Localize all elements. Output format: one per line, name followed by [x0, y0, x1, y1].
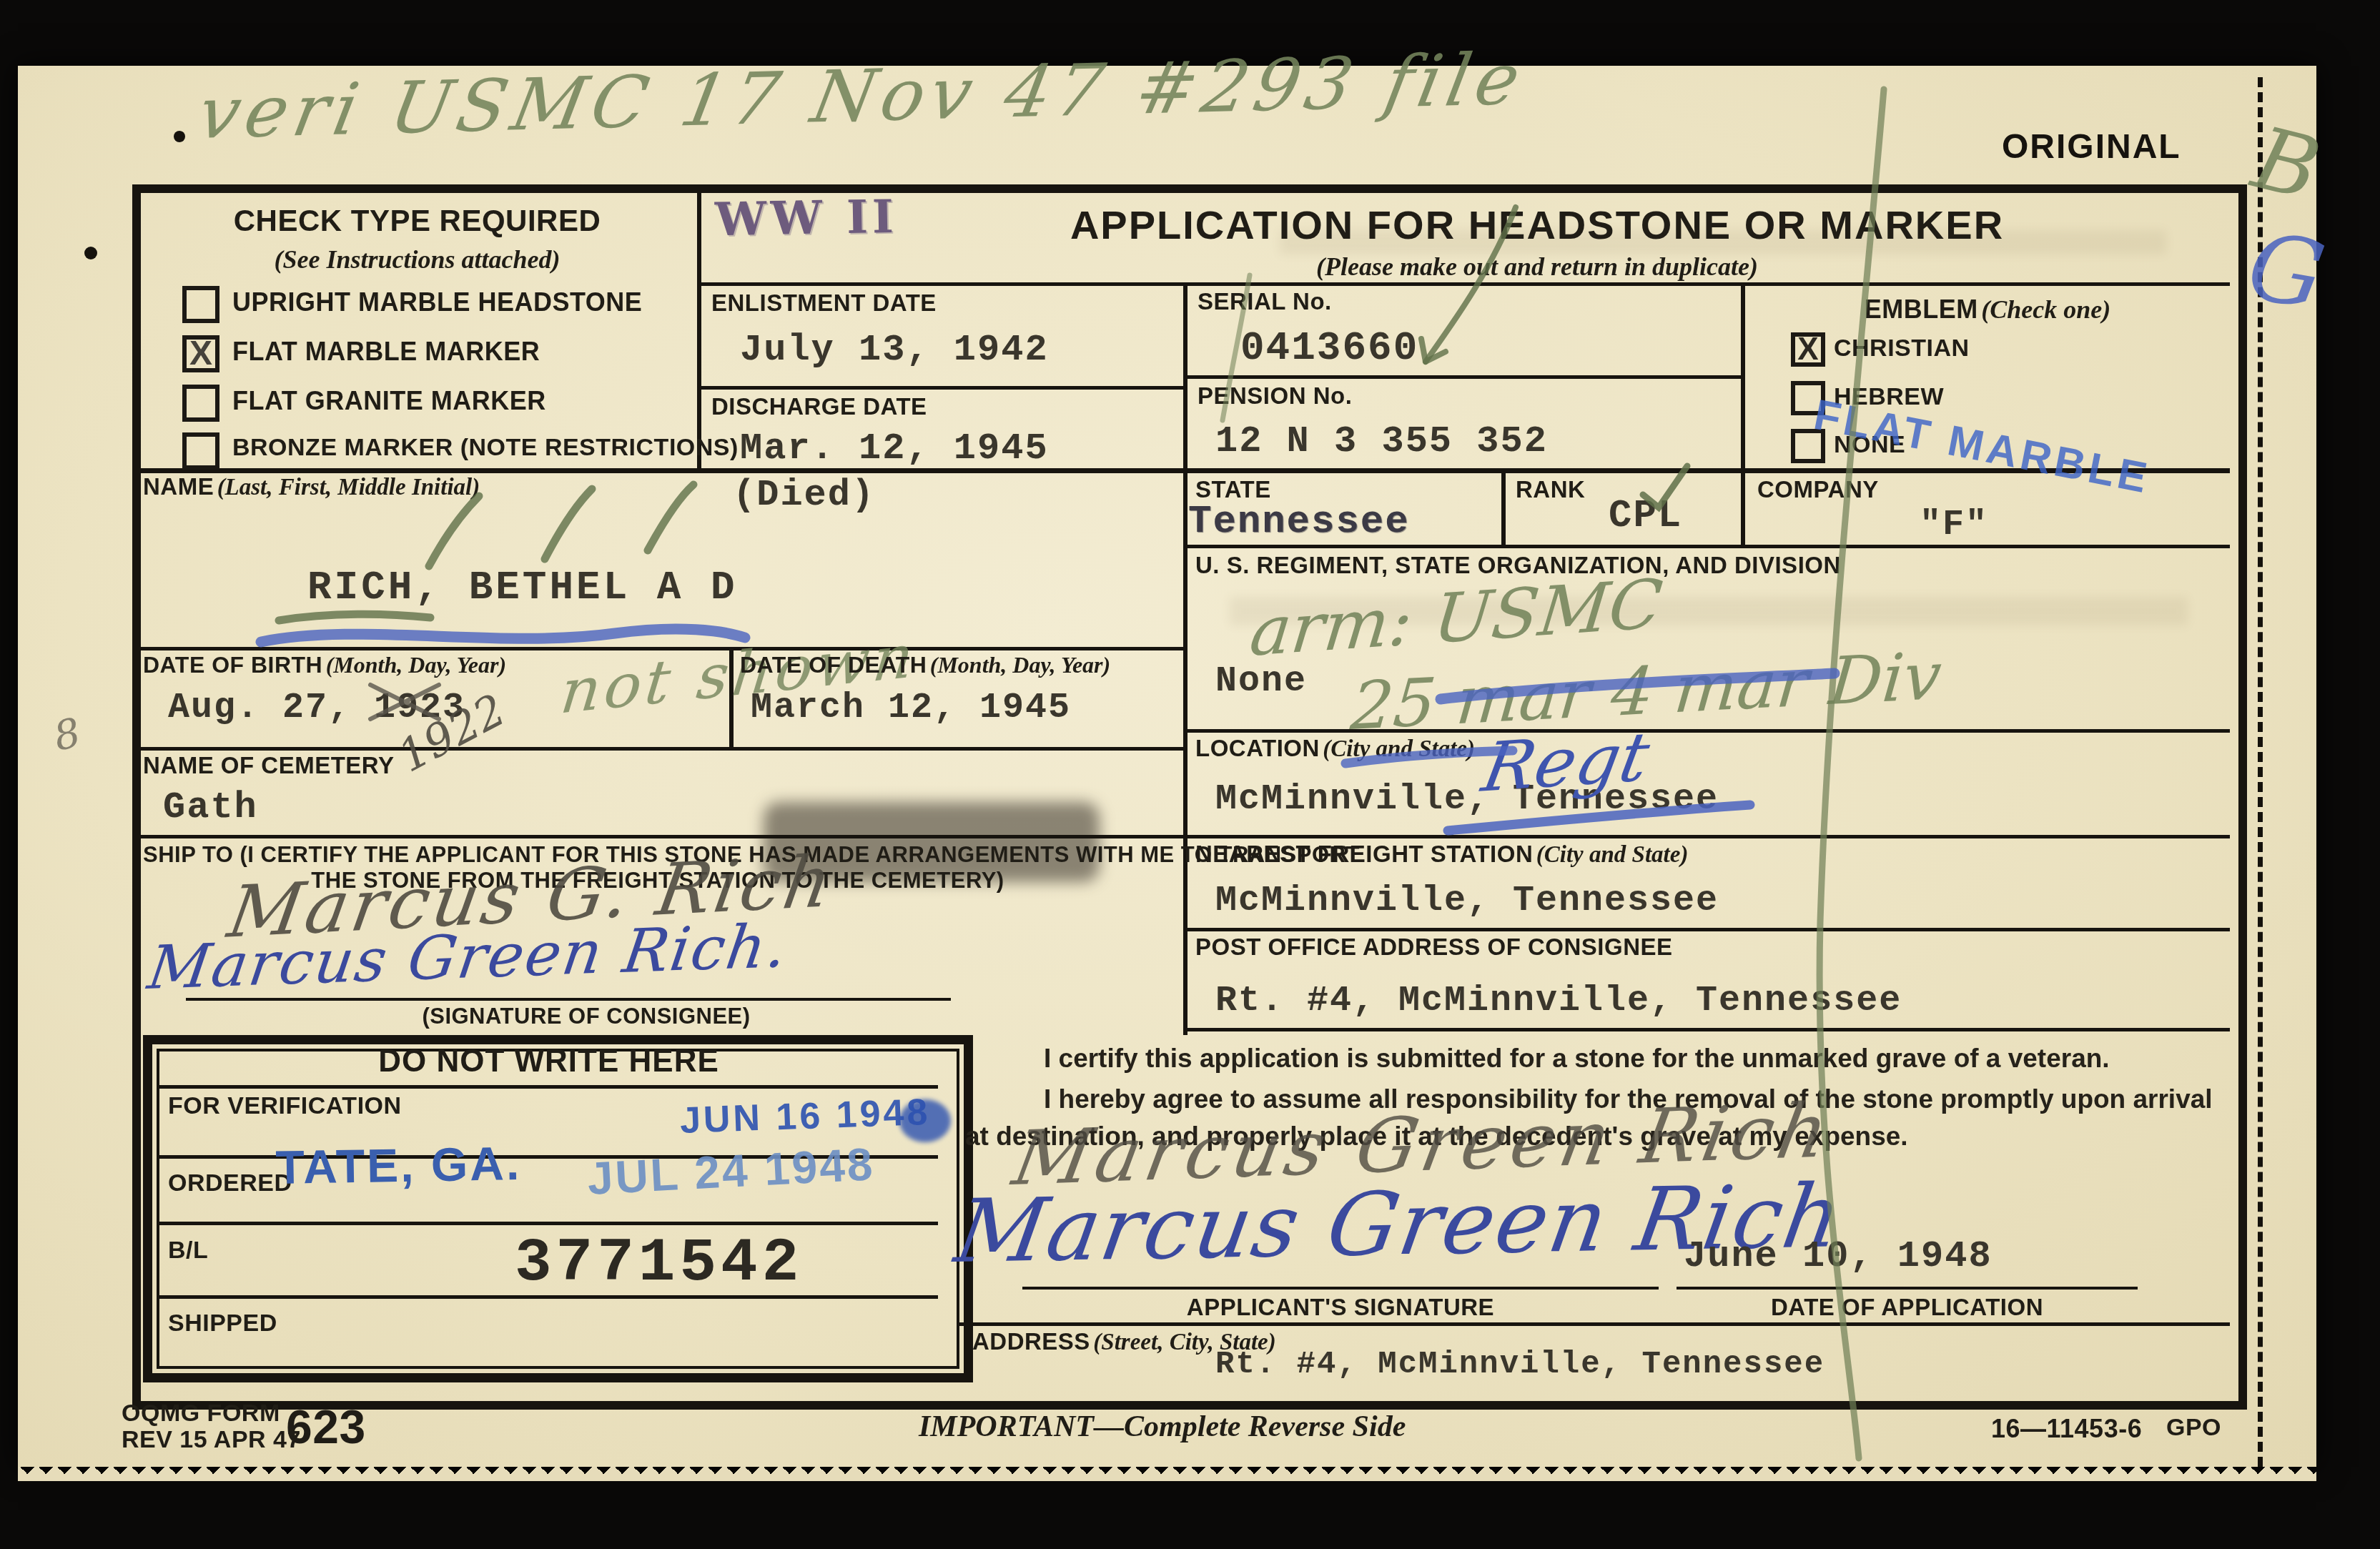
name-check-mark: [648, 485, 693, 550]
name-check-mark: [545, 489, 592, 559]
green-stroke: [1223, 275, 1250, 420]
dob-strike: [370, 685, 439, 719]
green-vertical-line: [1819, 89, 1884, 1458]
name-green-underline: [279, 614, 430, 620]
green-arrow: [1426, 207, 1516, 362]
name-blue-underline: [261, 629, 745, 642]
handwriting-strokes: [0, 0, 2380, 1549]
name-check-mark: [429, 496, 479, 566]
note-underline: [1345, 751, 1513, 763]
scanned-document: 8 veri USMC 17 Nov 47 #293 file ORIGINAL…: [0, 0, 2380, 1549]
usmc-underline: [1441, 673, 1835, 699]
location-strike: [1448, 805, 1750, 831]
rank-check-mark: [1643, 466, 1687, 508]
